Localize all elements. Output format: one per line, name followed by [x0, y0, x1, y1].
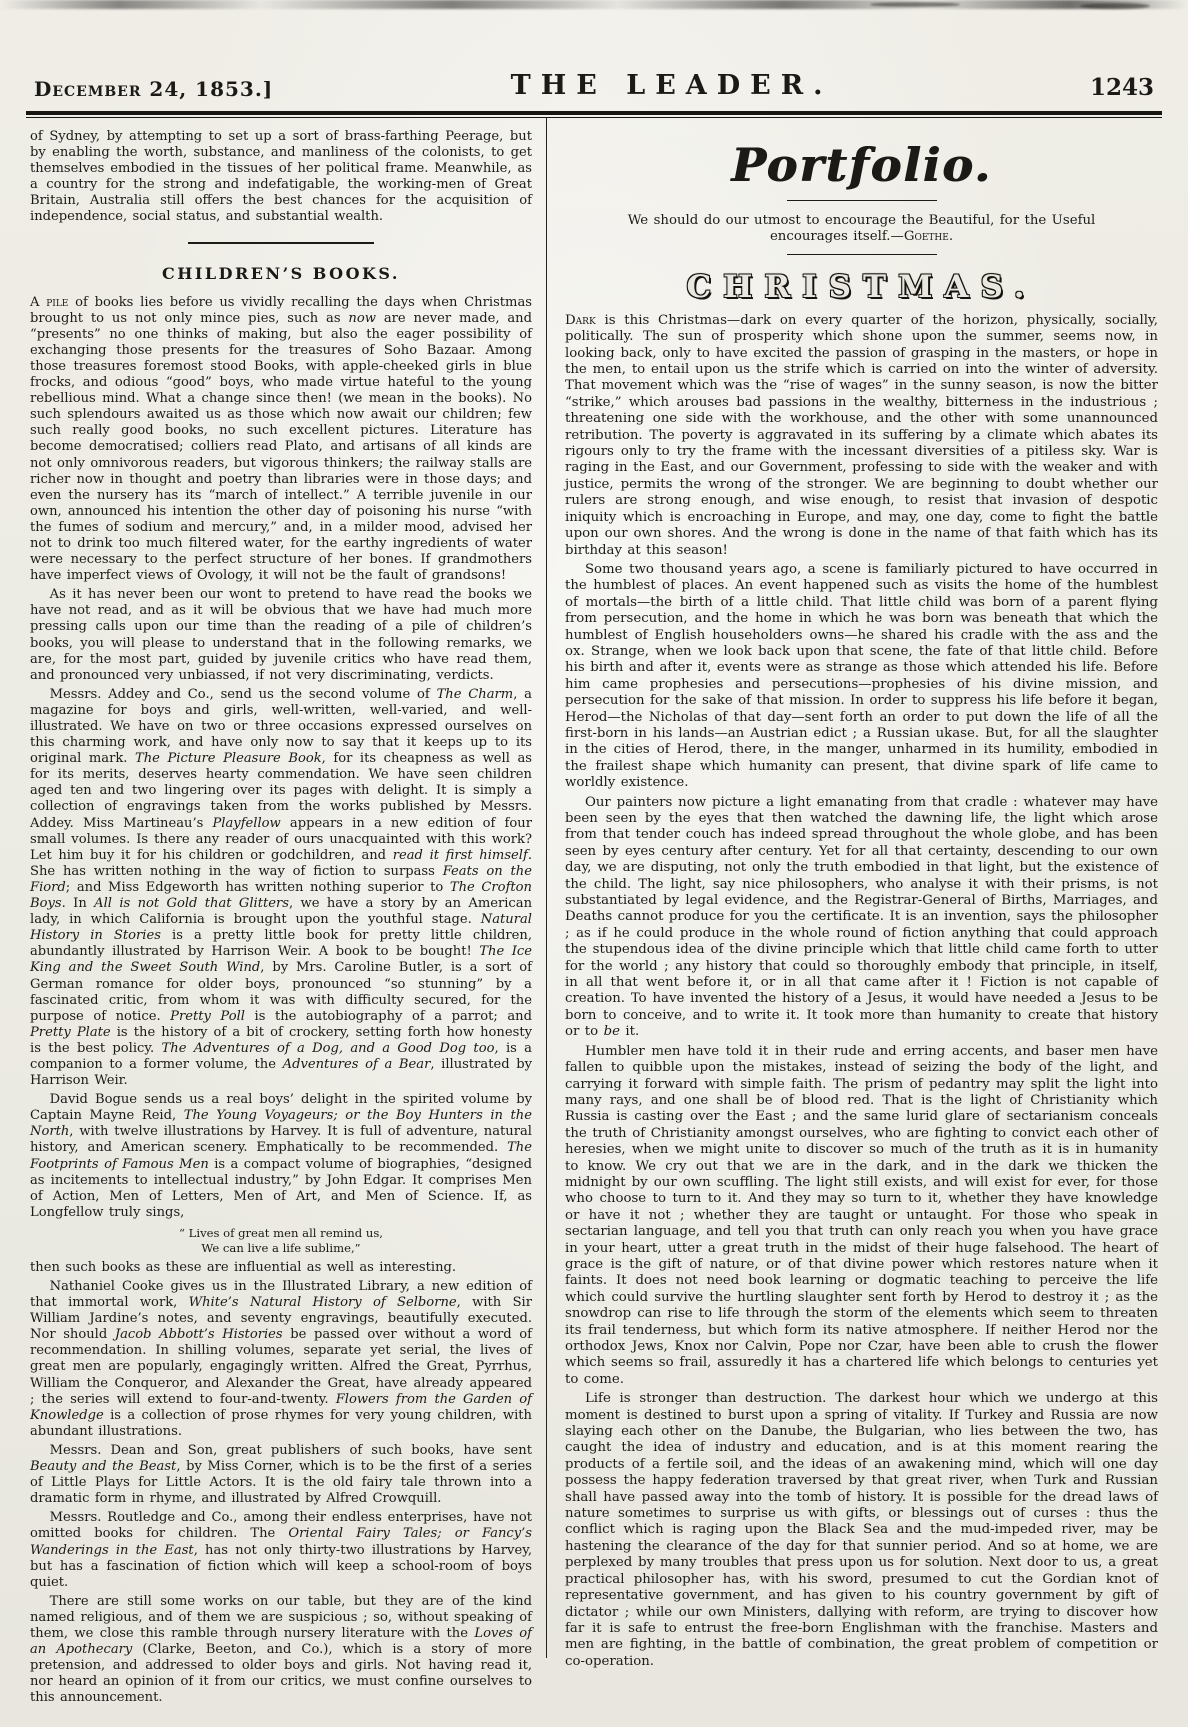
- paragraph: Some two thousand years ago, a scene is …: [565, 562, 1158, 792]
- scan-artifact: [0, 0, 1188, 9]
- paragraph: Our painters now picture a light emanati…: [565, 795, 1158, 1041]
- page-number: 1243: [1090, 74, 1154, 101]
- paragraph: There are still some works on our table,…: [30, 1594, 532, 1707]
- section-title-childrens-books: CHILDREN’S BOOKS.: [30, 264, 532, 283]
- motto-rule: [787, 254, 937, 255]
- scan-artifact: [1080, 3, 1150, 9]
- header-rule: [26, 111, 1162, 118]
- paragraph: Nathaniel Cooke gives us in the Illustra…: [30, 1279, 532, 1440]
- issue-date: December 24, 1853.]: [34, 77, 273, 101]
- article-continuation: of Sydney, by attempting to set up a sor…: [30, 129, 532, 226]
- paragraph: A pile of books lies before us vividly r…: [30, 295, 532, 585]
- portfolio-masthead: Portfolio.: [565, 138, 1158, 192]
- newspaper-page: December 24, 1853.] THE LEADER. 1243 of …: [0, 0, 1188, 1727]
- masthead-rule: [787, 200, 937, 201]
- section-divider-rule: [188, 242, 374, 244]
- paragraph: As it has never been our wont to pretend…: [30, 587, 532, 684]
- paragraph: Life is stronger than destruction. The d…: [565, 1391, 1158, 1670]
- verse-line: We can live a life sublime,”: [30, 1241, 532, 1256]
- paragraph: Dark is this Christmas—dark on every qua…: [565, 313, 1158, 559]
- paragraph: David Bogue sends us a real boys’ deligh…: [30, 1092, 532, 1221]
- verse-quote: “ Lives of great men all remind us, We c…: [30, 1226, 532, 1256]
- article-title-christmas: CHRISTMAS.: [565, 269, 1158, 305]
- column-layout: of Sydney, by attempting to set up a sor…: [0, 118, 1188, 1658]
- verse-line: “ Lives of great men all remind us,: [179, 1226, 383, 1240]
- right-column: Portfolio. We should do our utmost to en…: [547, 118, 1162, 1658]
- newspaper-title: THE LEADER.: [511, 70, 833, 101]
- paragraph: Messrs. Dean and Son, great publishers o…: [30, 1443, 532, 1507]
- goethe-motto: We should do our utmost to encourage the…: [592, 213, 1132, 246]
- paragraph: Humbler men have told it in their rude a…: [565, 1044, 1158, 1389]
- paragraph: Messrs. Routledge and Co., among their e…: [30, 1510, 532, 1590]
- page-header: December 24, 1853.] THE LEADER. 1243: [0, 0, 1188, 111]
- paragraph: Messrs. Addey and Co., send us the secon…: [30, 687, 532, 1089]
- scan-artifact: [870, 2, 960, 7]
- paragraph: then such books as these are influential…: [30, 1260, 532, 1276]
- left-column: of Sydney, by attempting to set up a sor…: [26, 118, 546, 1658]
